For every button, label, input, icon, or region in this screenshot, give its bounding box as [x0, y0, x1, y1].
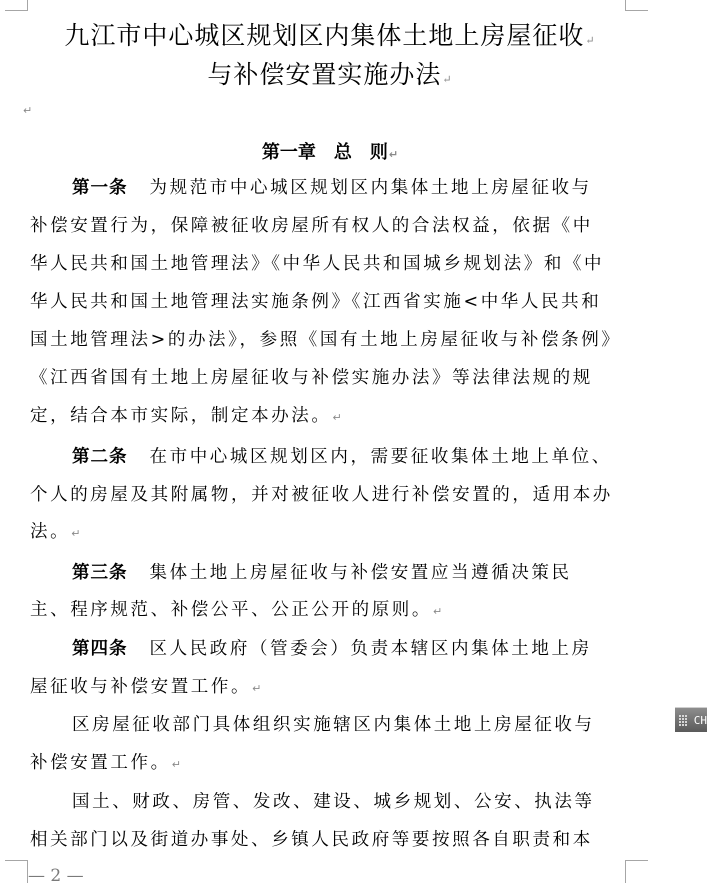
paragraph-mark-icon: ↵: [71, 527, 83, 540]
article-1-line-4: 华人民共和国土地管理法实施条例》《江西省实施<中华人民共和: [30, 291, 620, 313]
article-2-line-3: 法。↵: [30, 521, 620, 545]
article-1-line-7: 定，结合本市实际，制定本办法。↵: [30, 405, 620, 429]
paragraph-mark-icon: ↵: [442, 73, 452, 86]
ime-language-widget[interactable]: CH: [675, 707, 707, 732]
related-paragraph-line-1: 国土、财政、房管、发改、建设、城乡规划、公安、执法等: [72, 791, 620, 813]
article-1-line-1: 第一条为规范市中心城区规划区内集体土地上房屋征收与: [72, 177, 620, 199]
article-label: 第二条: [72, 447, 128, 467]
article-label: 第一条: [72, 178, 128, 198]
ime-language-label[interactable]: CH: [694, 714, 707, 727]
crop-mark-top-right: [625, 0, 648, 11]
article-1-line-3: 华人民共和国土地管理法》《中华人民共和国城乡规划法》和《中: [30, 253, 620, 275]
crop-mark-bottom-left: [5, 860, 28, 883]
chapter-heading: 第一章 总 则↵: [0, 138, 660, 164]
related-paragraph-line-2: 相关部门以及街道办事处、乡镇人民政府等要按照各自职责和本: [30, 829, 620, 851]
crop-mark-top-left: [5, 0, 28, 11]
grip-icon[interactable]: [679, 715, 689, 726]
paragraph-mark-icon: ↵: [23, 104, 32, 117]
article-label: 第四条: [72, 639, 128, 659]
article-3-line-1: 第三条集体土地上房屋征收与补偿安置应当遵循决策民: [72, 562, 620, 584]
paragraph-mark-icon: ↵: [252, 682, 264, 695]
article-2-line-2: 个人的房屋及其附属物，并对被征收人进行补偿安置的，适用本办: [30, 484, 620, 506]
article-3-line-2: 主、程序规范、补偿公平、公正公开的原则。↵: [30, 599, 620, 623]
dept-paragraph-line-1: 区房屋征收部门具体组织实施辖区内集体土地上房屋征收与: [72, 714, 620, 736]
paragraph-mark-icon: ↵: [585, 34, 595, 47]
paragraph-mark-icon: ↵: [389, 148, 398, 161]
article-4-line-1: 第四条区人民政府（管委会）负责本辖区内集体土地上房: [72, 638, 620, 660]
paragraph-mark-icon: ↵: [433, 605, 445, 618]
dept-paragraph-line-2: 补偿安置工作。↵: [30, 752, 620, 776]
paragraph-mark-icon: ↵: [333, 411, 345, 424]
article-2-line-1: 第二条在市中心城区规划区内，需要征收集体土地上单位、: [72, 446, 620, 468]
article-1-line-5: 国土地管理法>的办法》，参照《国有土地上房屋征收与补偿条例》: [30, 329, 620, 351]
document-title-line-1: 九江市中心城区规划区内集体土地上房屋征收↵: [0, 16, 660, 52]
article-1-line-2: 补偿安置行为，保障被征收房屋所有权人的合法权益，依据《中: [30, 215, 620, 237]
article-1-line-6: 《江西省国有土地上房屋征收与补偿实施办法》等法律法规的规: [30, 367, 620, 389]
crop-mark-bottom-right: [625, 860, 648, 883]
article-label: 第三条: [72, 563, 128, 583]
article-4-line-2: 屋征收与补偿安置工作。↵: [30, 676, 620, 700]
document-title-line-2: 与补偿安置实施办法↵: [0, 55, 660, 91]
paragraph-mark-icon: ↵: [172, 758, 184, 771]
page-number: — 2 —: [28, 866, 84, 885]
